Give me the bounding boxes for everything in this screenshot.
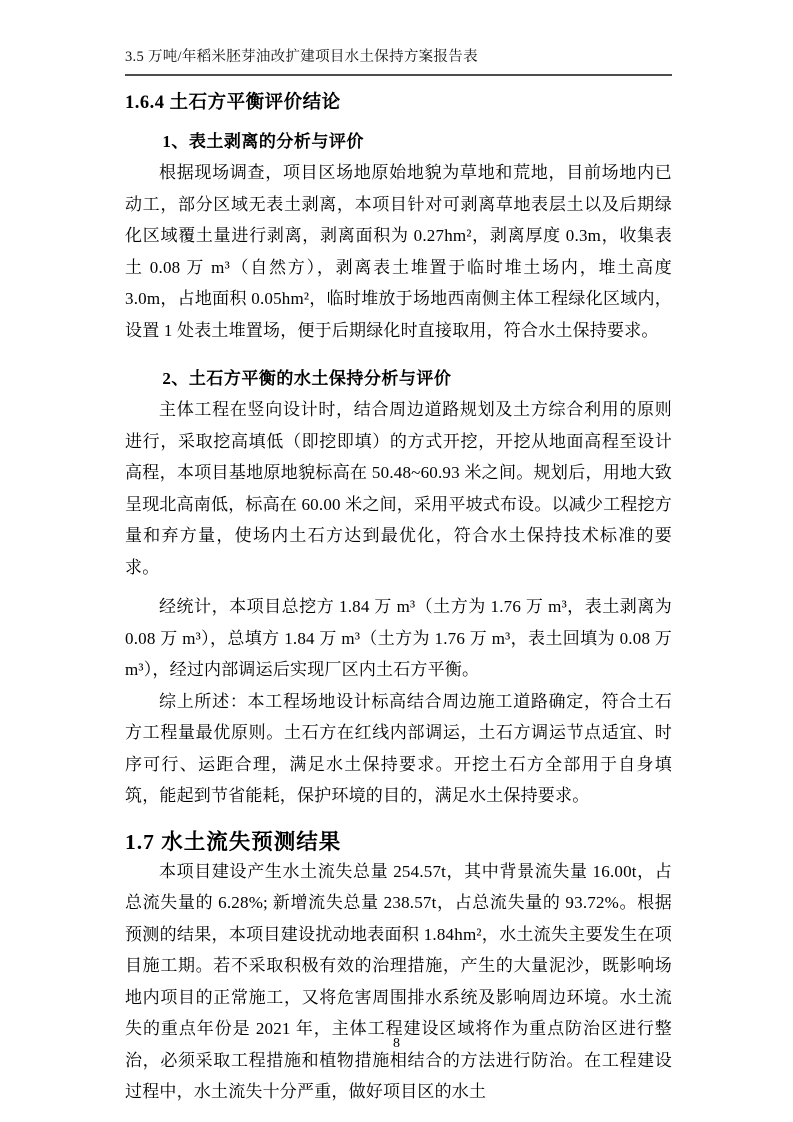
document-page: 3.5 万吨/年稻米胚芽油改扩建项目水土保持方案报告表 1.6.4 土石方平衡评…: [0, 0, 793, 1122]
running-header: 3.5 万吨/年稻米胚芽油改扩建项目水土保持方案报告表: [125, 46, 672, 76]
paragraph-topsoil-stripping: 根据现场调查，项目区场地原始地貌为草地和荒地，目前场地内已动工，部分区域无表土剥…: [125, 157, 672, 346]
page-number: 8: [0, 1036, 793, 1052]
section-heading-1-6-4: 1.6.4 土石方平衡评价结论: [125, 91, 672, 115]
paragraph-earthwork-statistics: 经统计，本项目总挖方 1.84 万 m³（土方为 1.76 万 m³，表土剥离为…: [125, 591, 672, 686]
paragraph-earthwork-summary: 综上所述：本工程场地设计标高结合周边施工道路确定，符合土石方工程量最优原则。土石…: [125, 686, 672, 812]
subheading-earthwork-balance: 2、土石方平衡的水土保持分析与评价: [125, 366, 672, 391]
paragraph-vertical-design: 主体工程在竖向设计时，结合周边道路规划及土方综合利用的原则进行，采取挖高填低（即…: [125, 394, 672, 583]
subheading-topsoil-analysis: 1、表土剥离的分析与评价: [125, 129, 672, 154]
paragraph-erosion-prediction: 本项目建设产生水土流失总量 254.57t，其中背景流失量 16.00t，占总流…: [125, 856, 672, 1108]
section-heading-1-7: 1.7 水土流失预测结果: [125, 828, 672, 856]
